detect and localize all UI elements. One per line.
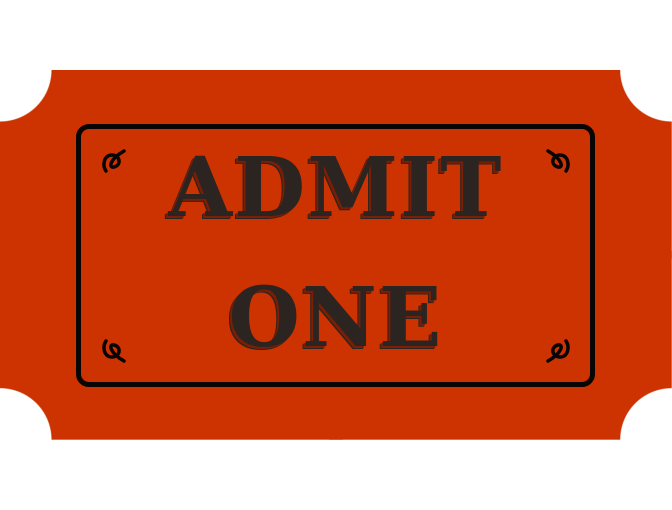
ticket-title-one: ONE [0,268,672,368]
ticket-title-admit: ADMIT [0,138,672,238]
